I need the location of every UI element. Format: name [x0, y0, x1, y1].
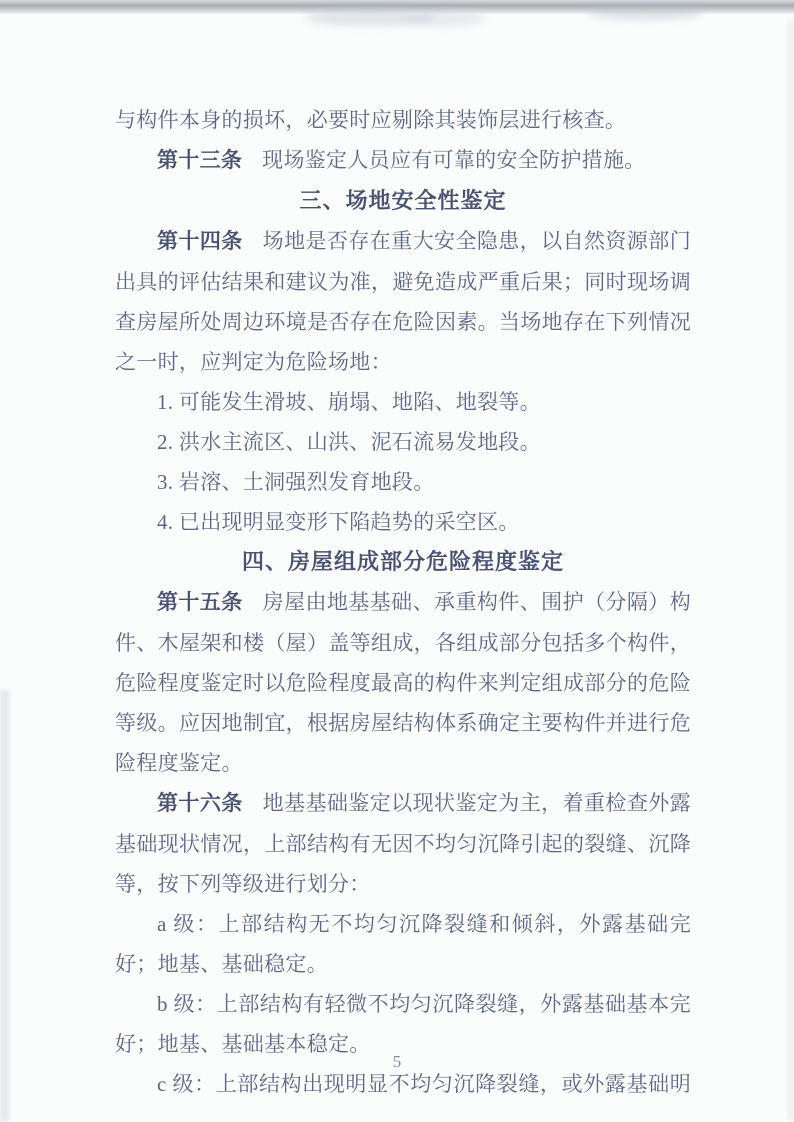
scanned-document-page: { "appearance": { "page_background": "#f… [0, 0, 794, 1122]
article-14-label: 第十四条 [157, 230, 243, 253]
section-heading-4: 四、房屋组成部分危险程度鉴定 [115, 542, 691, 582]
danger-site-item-4: 4. 已出现明显变形下陷趋势的采空区。 [115, 502, 691, 542]
paragraph-continuation: 与构件本身的损坏，必要时应剔除其装饰层进行核查。 [115, 100, 691, 140]
article-13-paragraph: 第十三条现场鉴定人员应有可靠的安全防护措施。 [115, 140, 691, 181]
danger-site-item-1: 1. 可能发生滑坡、崩塌、地陷、地裂等。 [115, 382, 691, 422]
article-13-label: 第十三条 [157, 149, 242, 172]
article-15-paragraph: 第十五条房屋由地基基础、承重构件、围护（分隔）构件、木屋架和楼（屋）盖等组成，各… [115, 582, 691, 783]
document-body: 与构件本身的损坏，必要时应剔除其装饰层进行核查。 第十三条现场鉴定人员应有可靠的… [115, 100, 691, 1104]
article-16-paragraph: 第十六条地基基础鉴定以现状鉴定为主，着重检查外露基础现状情况，上部结构有无因不均… [115, 783, 691, 904]
scan-smudge [405, 12, 485, 26]
article-13-text: 现场鉴定人员应有可靠的安全防护措施。 [262, 148, 645, 172]
grade-a-paragraph: a 级：上部结构无不均匀沉降裂缝和倾斜，外露基础完好；地基、基础稳定。 [115, 904, 691, 984]
article-14-paragraph: 第十四条场地是否存在重大安全隐患，以自然资源部门出具的评估结果和建议为准，避免造… [115, 221, 691, 382]
section-heading-3: 三、场地安全性鉴定 [115, 181, 691, 221]
article-15-label: 第十五条 [157, 591, 243, 614]
scan-smudge [588, 6, 703, 20]
danger-site-item-3: 3. 岩溶、土洞强烈发育地段。 [115, 462, 691, 502]
article-16-label: 第十六条 [157, 792, 243, 815]
danger-site-item-2: 2. 洪水主流区、山洪、泥石流易发地段。 [115, 422, 691, 462]
article-15-text: 房屋由地基基础、承重构件、围护（分隔）构件、木屋架和楼（屋）盖等组成，各组成部分… [115, 590, 691, 775]
page-number: 5 [0, 1052, 794, 1072]
scan-edge-right [788, 20, 794, 1120]
